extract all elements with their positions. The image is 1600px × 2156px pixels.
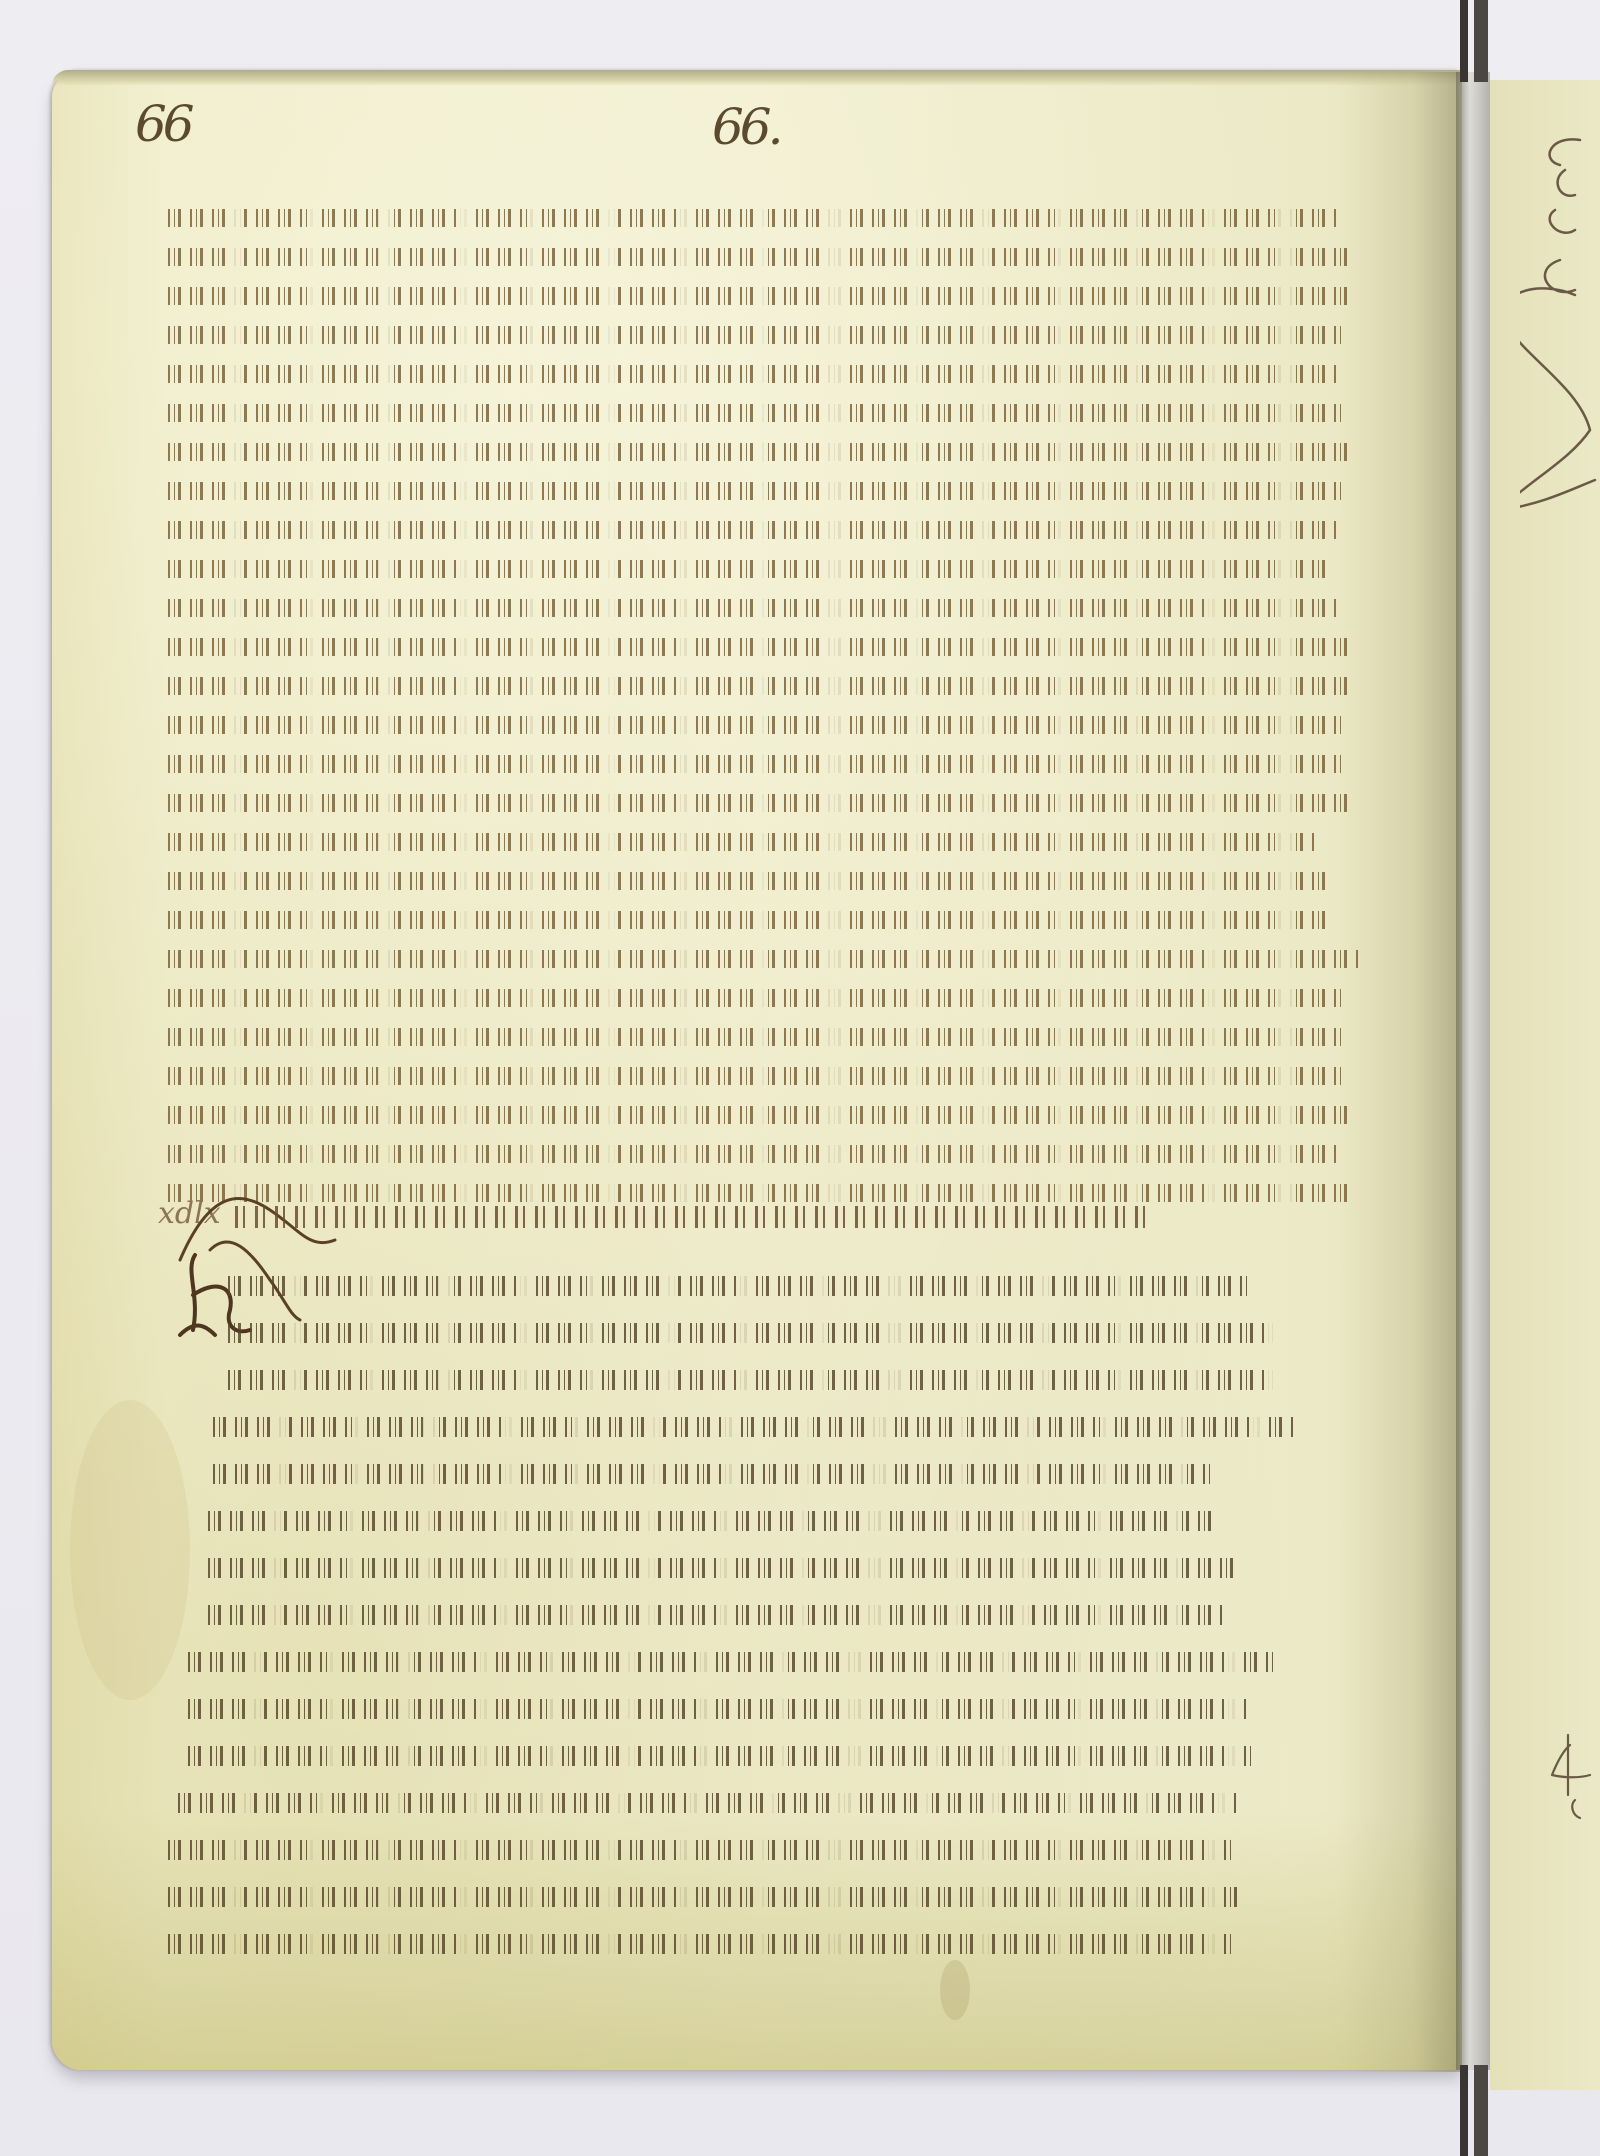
line-text: [illegible cursive line 9] <box>168 508 1368 547</box>
line-text: [illegible cursive line] <box>168 1401 1368 1448</box>
binding-clamp-top <box>1460 0 1468 82</box>
line-text: [illegible cursive line] <box>168 1495 1368 1542</box>
manuscript-line: [illegible cursive line 9] <box>168 508 1368 547</box>
manuscript-line: [illegible cursive line 8] <box>168 469 1368 508</box>
manuscript-line: [illegible cursive line 13] <box>168 664 1368 703</box>
binding-clamp-bottom <box>1460 2065 1468 2156</box>
line-text: [illegible cursive line 21] <box>168 976 1368 1015</box>
line-text: [illegible cursive line 2] <box>168 235 1368 274</box>
line-text: [illegible cursive line 18] <box>168 859 1368 898</box>
line-text: [illegible cursive line] <box>168 1777 1368 1824</box>
manuscript-line: [illegible cursive line] <box>168 1401 1368 1448</box>
line-text: [illegible cursive line 19] <box>168 898 1368 937</box>
manuscript-line: [illegible cursive line] <box>168 1542 1368 1589</box>
manuscript-line: [illegible cursive line 12] <box>168 625 1368 664</box>
line-text: [illegible cursive line 22] <box>168 1015 1368 1054</box>
manuscript-line: [illegible cursive line 11] <box>168 586 1368 625</box>
line-text: [illegible cursive line 15] <box>168 742 1368 781</box>
line-text: [illegible cursive line 20] <box>168 937 1368 976</box>
manuscript-line: [illegible cursive line] <box>168 1307 1368 1354</box>
binding-clamp-top-2 <box>1474 0 1488 82</box>
line-text: [illegible cursive line] <box>168 1354 1368 1401</box>
manuscript-line: [illegible cursive line 20] <box>168 937 1368 976</box>
line-text: [illegible cursive line] <box>168 1307 1368 1354</box>
text-block-charter: Kazimirus Dei gracia Rex Polonie ...[ill… <box>168 1260 1368 1965</box>
folio-number-header: 66. <box>712 98 780 156</box>
line-text: [illegible cursive line] <box>168 1871 1368 1918</box>
manuscript-line: [illegible cursive line] <box>168 1777 1368 1824</box>
line-text: [illegible cursive line 10] <box>168 547 1368 586</box>
line-text: [illegible cursive line] <box>168 1918 1368 1965</box>
line-text: [illegible cursive line 1] <box>168 196 1368 235</box>
line-text: [illegible cursive line 24] <box>168 1093 1368 1132</box>
manuscript-line: [illegible cursive line 10] <box>168 547 1368 586</box>
binding-clamp-bottom-2 <box>1474 2065 1488 2156</box>
line-text: [illegible cursive line] <box>168 1636 1368 1683</box>
manuscript-line: [illegible cursive line 4] <box>168 313 1368 352</box>
facing-page-handwriting <box>1520 130 1600 530</box>
ink-stain <box>940 1960 970 2020</box>
manuscript-line: [illegible cursive line 3] <box>168 274 1368 313</box>
line-text: Kazimirus Dei gracia Rex Polonie ... <box>168 1260 1368 1307</box>
line-text: [illegible cursive line] <box>168 1589 1368 1636</box>
line-text: [illegible cursive line] <box>168 1730 1368 1777</box>
manuscript-line: [illegible cursive line 24] <box>168 1093 1368 1132</box>
line-text: [illegible cursive line] <box>168 1448 1368 1495</box>
manuscript-line: [illegible cursive line 14] <box>168 703 1368 742</box>
manuscript-line: [illegible cursive line] <box>168 1683 1368 1730</box>
line-text: [illegible cursive line 23] <box>168 1054 1368 1093</box>
manuscript-line: [illegible cursive line 1] <box>168 196 1368 235</box>
folio-number-margin: 66 <box>135 95 191 153</box>
manuscript-line: [illegible cursive line] <box>168 1448 1368 1495</box>
manuscript-line: [illegible cursive line 5] <box>168 352 1368 391</box>
line-text: [illegible cursive line 7] <box>168 430 1368 469</box>
line-text: [illegible cursive line 14] <box>168 703 1368 742</box>
line-text: [illegible cursive line 12] <box>168 625 1368 664</box>
line-text: [illegible cursive line 3] <box>168 274 1368 313</box>
manuscript-line: [illegible cursive line 19] <box>168 898 1368 937</box>
line-text: [illegible cursive line 4] <box>168 313 1368 352</box>
manuscript-line: [illegible cursive line] <box>168 1871 1368 1918</box>
manuscript-line: [illegible cursive line 23] <box>168 1054 1368 1093</box>
manuscript-line: [illegible cursive line 22] <box>168 1015 1368 1054</box>
line-text: [illegible cursive line 11] <box>168 586 1368 625</box>
line-text: [illegible cursive line 25] <box>168 1132 1368 1171</box>
manuscript-line: [illegible cursive line 17] <box>168 820 1368 859</box>
manuscript-line: [illegible cursive line] <box>168 1824 1368 1871</box>
line-text: [illegible cursive line] <box>168 1824 1368 1871</box>
manuscript-line: Kazimirus Dei gracia Rex Polonie ... <box>168 1260 1368 1307</box>
line-text: [illegible cursive line 16] <box>168 781 1368 820</box>
line-text: [illegible cursive line] <box>168 1683 1368 1730</box>
entry-heading: Item Lapothsky litera super centum marca… <box>235 1190 1285 1240</box>
manuscript-line: [illegible cursive line 6] <box>168 391 1368 430</box>
manuscript-line: [illegible cursive line 25] <box>168 1132 1368 1171</box>
manuscript-line: [illegible cursive line] <box>168 1495 1368 1542</box>
text-block-continuation: [illegible cursive line 1][illegible cur… <box>168 196 1368 1210</box>
manuscript-line: [illegible cursive line] <box>168 1730 1368 1777</box>
manuscript-line: [illegible cursive line] <box>168 1354 1368 1401</box>
manuscript-line: [illegible cursive line] <box>168 1589 1368 1636</box>
manuscript-line: [illegible cursive line 15] <box>168 742 1368 781</box>
manuscript-line: [illegible cursive line 18] <box>168 859 1368 898</box>
line-text: [illegible cursive line 6] <box>168 391 1368 430</box>
manuscript-line: [illegible cursive line] <box>168 1918 1368 1965</box>
line-text: [illegible cursive line 17] <box>168 820 1368 859</box>
line-text: [illegible cursive line 5] <box>168 352 1368 391</box>
manuscript-line: [illegible cursive line] <box>168 1636 1368 1683</box>
manuscript-line: [illegible cursive line 7] <box>168 430 1368 469</box>
manuscript-line: [illegible cursive line 2] <box>168 235 1368 274</box>
book-cradle-glass <box>1456 72 1490 2070</box>
manuscript-line: [illegible cursive line 16] <box>168 781 1368 820</box>
manuscript-line: [illegible cursive line 21] <box>168 976 1368 1015</box>
line-text: [illegible cursive line] <box>168 1542 1368 1589</box>
line-text: [illegible cursive line 8] <box>168 469 1368 508</box>
line-text: [illegible cursive line 13] <box>168 664 1368 703</box>
facing-page-mark <box>1540 1720 1600 1820</box>
